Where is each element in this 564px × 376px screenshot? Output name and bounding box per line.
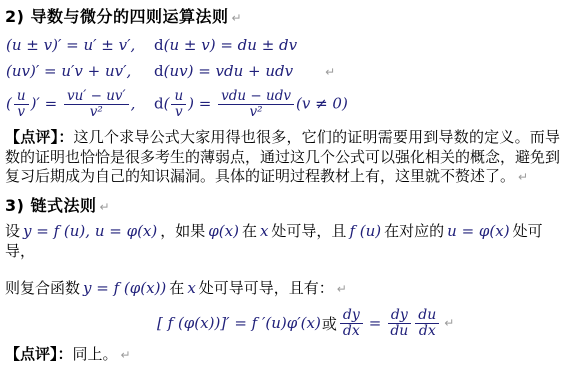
product-rule-differential: d(uv) = vdu + udv↵: [154, 62, 560, 80]
rules-block: (u ± v)′ = u′ ± v′, d(u ± v) = du ± dv (…: [6, 32, 560, 124]
chain-rule-premise: 设y = f (u), u = φ(x)，如果φ(x)在x处可导，且f (u)在…: [5, 221, 560, 261]
equals-sign: =: [369, 314, 382, 332]
u-over-v-fraction: uv: [171, 89, 186, 120]
dy-du-fraction: dydu: [387, 308, 411, 340]
section-2-heading-text: 2) 导数与微分的四则运算法则: [5, 7, 229, 26]
section-3-heading-text: 3) 链式法则: [5, 196, 97, 215]
inline-math: φ(x): [208, 222, 239, 240]
section-2-comment: 【点评】：这几个求导公式大家用得也很多，它们的证明需要用到导数的定义。而导数的证…: [5, 128, 560, 188]
paragraph-return-mark: ↵: [337, 282, 347, 296]
paragraph-return-mark: ↵: [100, 200, 111, 214]
sum-rule-row: (u ± v)′ = u′ ± v′, d(u ± v) = du ± dv: [6, 32, 560, 58]
paragraph-return-mark: ↵: [121, 348, 131, 362]
sum-rule-derivative: (u ± v)′ = u′ ± v′,: [6, 36, 154, 54]
section-2-heading: 2) 导数与微分的四则运算法则↵: [5, 4, 560, 27]
inline-math: x: [260, 222, 268, 240]
quotient-rule-row: (uv)′ = vu′ − uv′v², d(uv) = vdu − udvv²…: [6, 84, 560, 124]
inline-math: u = φ(x): [447, 222, 509, 240]
dy-dx-fraction: dydx: [340, 308, 363, 340]
paragraph-return-mark: ↵: [232, 11, 243, 25]
paragraph-return-mark: ↵: [444, 316, 454, 330]
paragraph-return-mark: ↵: [325, 65, 335, 79]
u-over-v-fraction: uv: [14, 89, 29, 120]
paragraph-return-mark: ↵: [518, 170, 528, 184]
comment-text: 这几个求导公式大家用得也很多，它们的证明需要用到导数的定义。而导数的证明也恰恰是…: [5, 128, 560, 185]
section-3-heading: 3) 链式法则↵: [5, 193, 560, 216]
chain-rule-conclusion: 则复合函数y = f (φ(x))在x处可导可导，且有：↵: [5, 278, 560, 299]
comment-label: 【点评】：: [5, 345, 73, 363]
product-rule-derivative: (uv)′ = u′v + uv′,: [6, 62, 154, 80]
comment-label: 【点评】：: [5, 128, 74, 146]
inline-math: y = f (φ(x)): [83, 279, 166, 297]
chain-rule-lhs: [ f (φ(x))]′ = f ′(u)φ′(x): [157, 314, 321, 332]
quotient-rule-differential: d(uv) = vdu − udvv²(v ≠ 0): [154, 89, 560, 120]
inline-math: x: [187, 279, 195, 297]
chain-rule-formula: [ f (φ(x))]′ = f ′(u)φ′(x)或dydx=dydududx…: [157, 308, 560, 340]
du-dx-fraction: dudx: [415, 308, 439, 340]
or-word: 或: [322, 313, 337, 334]
section-3-comment: 【点评】：同上。↵: [5, 345, 560, 366]
product-rule-row: (uv)′ = u′v + uv′, d(uv) = vdu + udv↵: [6, 58, 560, 84]
document-page: 2) 导数与微分的四则运算法则↵ (u ± v)′ = u′ ± v′, d(u…: [0, 0, 564, 376]
quotient-rule-derivative: (uv)′ = vu′ − uv′v²,: [6, 89, 154, 120]
inline-math: y = f (u), u = φ(x): [23, 222, 157, 240]
comment-text: 同上。: [73, 345, 118, 363]
inline-math: f (u): [349, 222, 381, 240]
quotient-derivative-fraction: vu′ − uv′v²: [64, 89, 129, 120]
sum-rule-differential: d(u ± v) = du ± dv: [154, 36, 560, 54]
quotient-differential-fraction: vdu − udvv²: [218, 89, 294, 120]
